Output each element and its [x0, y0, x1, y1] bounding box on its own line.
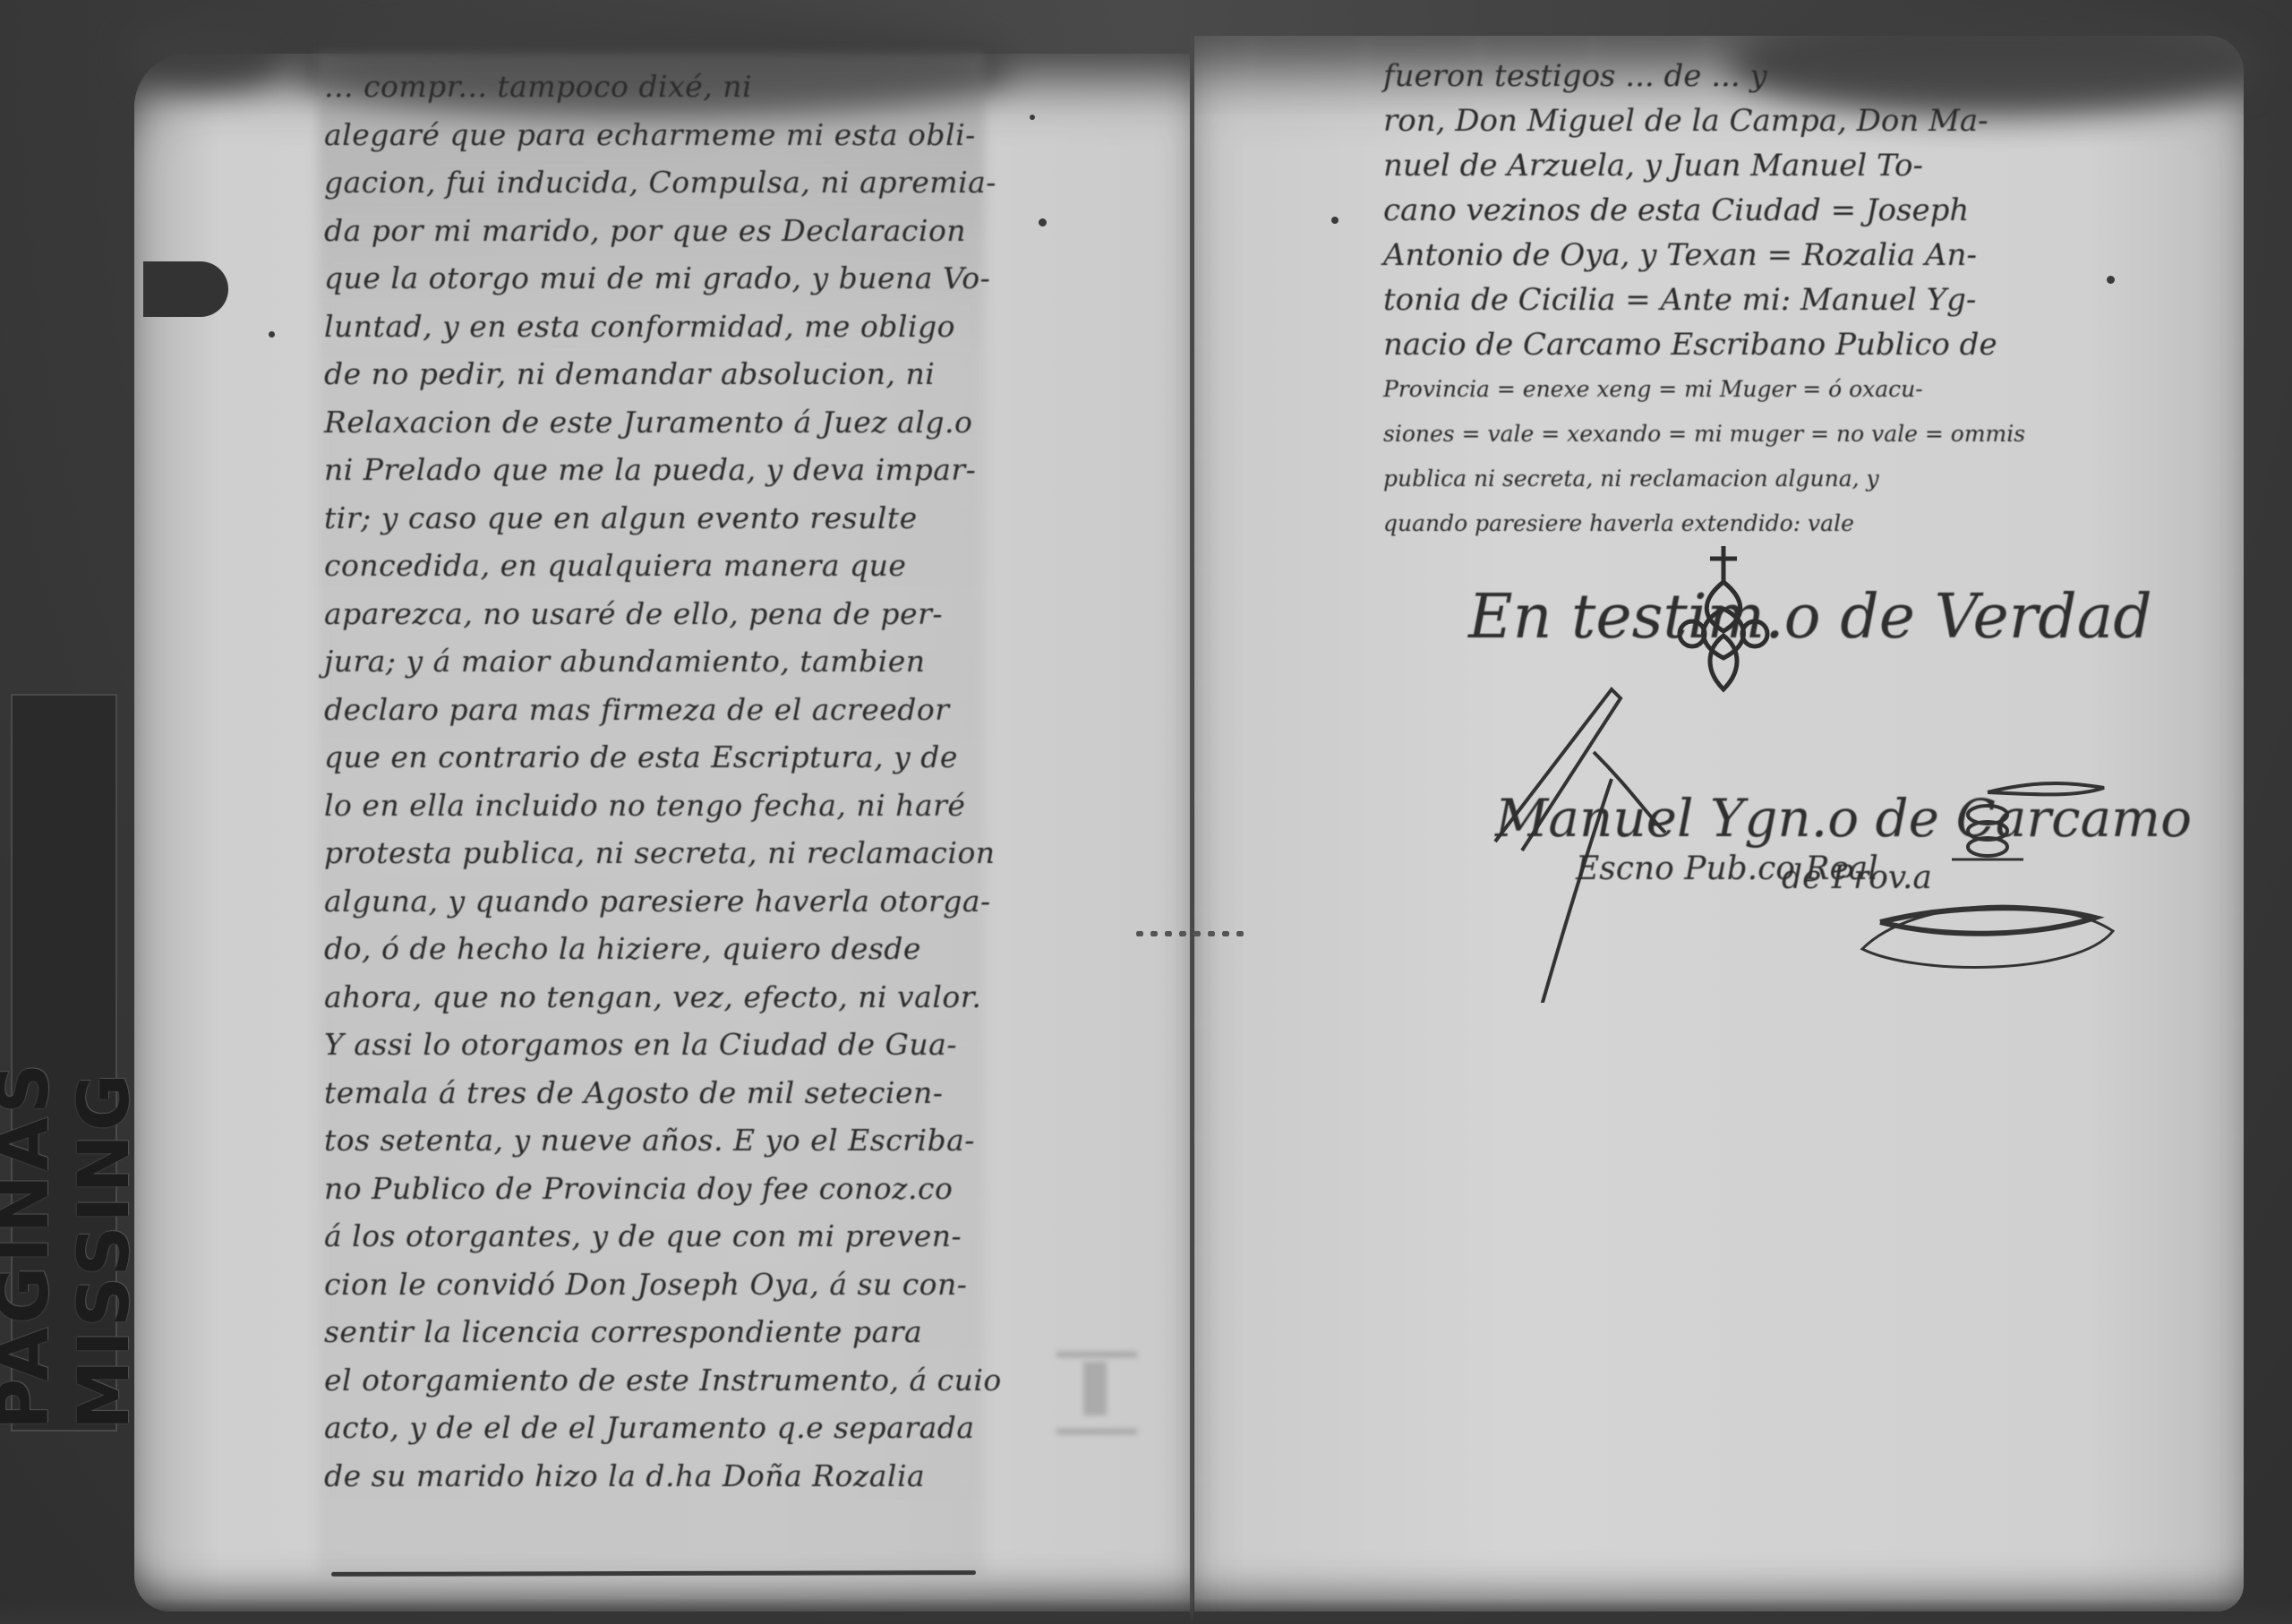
- text-line: ahora, que no tengan, vez, efecto, ni va…: [324, 973, 987, 1021]
- witness-attestation: En testim.o de Verdad: [1468, 582, 2152, 653]
- margin-dot: [1039, 218, 1047, 227]
- text-line: temala á tres de Agosto de mil setecien-: [324, 1069, 987, 1117]
- text-line: que la otorgo mui de mi grado, y buena V…: [324, 254, 987, 303]
- text-line: ... compr... tampoco dixé, ni: [324, 63, 987, 111]
- text-line: concedida, en qualquiera manera que: [324, 542, 987, 590]
- page-top-shadow: [125, 18, 286, 90]
- text-line: protesta publica, ni secreta, ni reclama…: [324, 829, 987, 877]
- text-line: á los otorgantes, y de que con mi preven…: [324, 1212, 987, 1261]
- text-line: Antonio de Oya, y Texan = Rozalia An-: [1383, 233, 2082, 278]
- text-line: el otorgamiento de este Instrumento, á c…: [324, 1356, 987, 1405]
- text-line: siones = vale = xexando = mi muger = no …: [1383, 412, 2082, 457]
- text-line: jura; y á maior abundamiento, tambien: [324, 637, 987, 686]
- text-line: tonia de Cicilia = Ante mi: Manuel Yg-: [1383, 278, 2082, 322]
- text-line: de su marido hizo la d.ha Doña Rozalia: [324, 1452, 987, 1500]
- text-line: alguna, y quando paresiere haverla otorg…: [324, 877, 987, 926]
- film-label: PAGINAS MISSING: [11, 694, 117, 1432]
- left-page-text: ... compr... tampoco dixé, ni alegaré qu…: [324, 63, 987, 1500]
- margin-dot: [1331, 217, 1338, 224]
- text-line: de no pedir, ni demandar absolucion, ni: [324, 350, 987, 398]
- text-line: cano vezinos de esta Ciudad = Joseph: [1383, 188, 2082, 233]
- text-line: luntad, y en esta conformidad, me obligo: [324, 303, 987, 351]
- notary-title-province: de Prov.a: [1782, 859, 1932, 896]
- text-line: quando paresiere haverla extendido: vale: [1383, 501, 2082, 546]
- gutter-dotted-mark: [1133, 931, 1249, 936]
- book-gutter: [1190, 27, 1193, 1624]
- margin-dot: [269, 331, 275, 338]
- text-line: ron, Don Miguel de la Campa, Don Ma-: [1383, 98, 2082, 143]
- notary-cross-flourish-icon: [1674, 546, 1773, 698]
- text-line: fueron testigos ... de ... y: [1383, 54, 2082, 98]
- text-line: nacio de Carcamo Escribano Publico de: [1383, 322, 2082, 367]
- text-line: do, ó de hecho la hiziere, quiero desde: [324, 925, 987, 973]
- text-line: publica ni secreta, ni reclamacion algun…: [1383, 457, 2082, 501]
- notary-name-signature: Manuel Ygn.o de Carcamo: [1495, 788, 2192, 849]
- text-line: aparezca, no usaré de ello, pena de per-: [324, 590, 987, 638]
- film-bottom-edge: [0, 1598, 2292, 1624]
- page-tab: [143, 261, 228, 317]
- text-line: Provincia = enexe xeng = mi Muger = ó ox…: [1383, 367, 2082, 412]
- right-page-text: fueron testigos ... de ... y ron, Don Mi…: [1383, 54, 2082, 546]
- text-line: alegaré que para echarmeme mi esta obli-: [324, 111, 987, 159]
- text-line: declaro para mas firmeza de el acreedor: [324, 686, 987, 734]
- faint-stamp-mark: [1056, 1352, 1137, 1434]
- text-line: que en contrario de esta Escriptura, y d…: [324, 733, 987, 782]
- margin-dot: [1030, 115, 1035, 120]
- text-line: ni Prelado que me la pueda, y deva impar…: [324, 446, 987, 494]
- text-line: acto, y de el de el Juramento q.e separa…: [324, 1404, 987, 1452]
- text-line: Relaxacion de este Juramento á Juez alg.…: [324, 398, 987, 447]
- text-line: tos setenta, y nueve años. E yo el Escri…: [324, 1116, 987, 1165]
- text-line: Y assi lo otorgamos en la Ciudad de Gua-: [324, 1021, 987, 1069]
- film-label-text: PAGINAS MISSING: [0, 696, 145, 1430]
- text-line: tir; y caso que en algun evento resulte: [324, 494, 987, 543]
- text-line: lo en ella incluido no tengo fecha, ni h…: [324, 782, 987, 830]
- text-line: sentir la licencia correspondiente para: [324, 1308, 987, 1356]
- text-line: gacion, fui inducida, Compulsa, ni aprem…: [324, 158, 987, 207]
- text-line: no Publico de Provincia doy fee conoz.co: [324, 1165, 987, 1213]
- text-line: nuel de Arzuela, y Juan Manuel To-: [1383, 143, 2082, 188]
- text-line: cion le convidó Don Joseph Oya, á su con…: [324, 1261, 987, 1309]
- text-line: da por mi marido, por que es Declaracion: [324, 207, 987, 255]
- margin-dot: [2107, 276, 2115, 284]
